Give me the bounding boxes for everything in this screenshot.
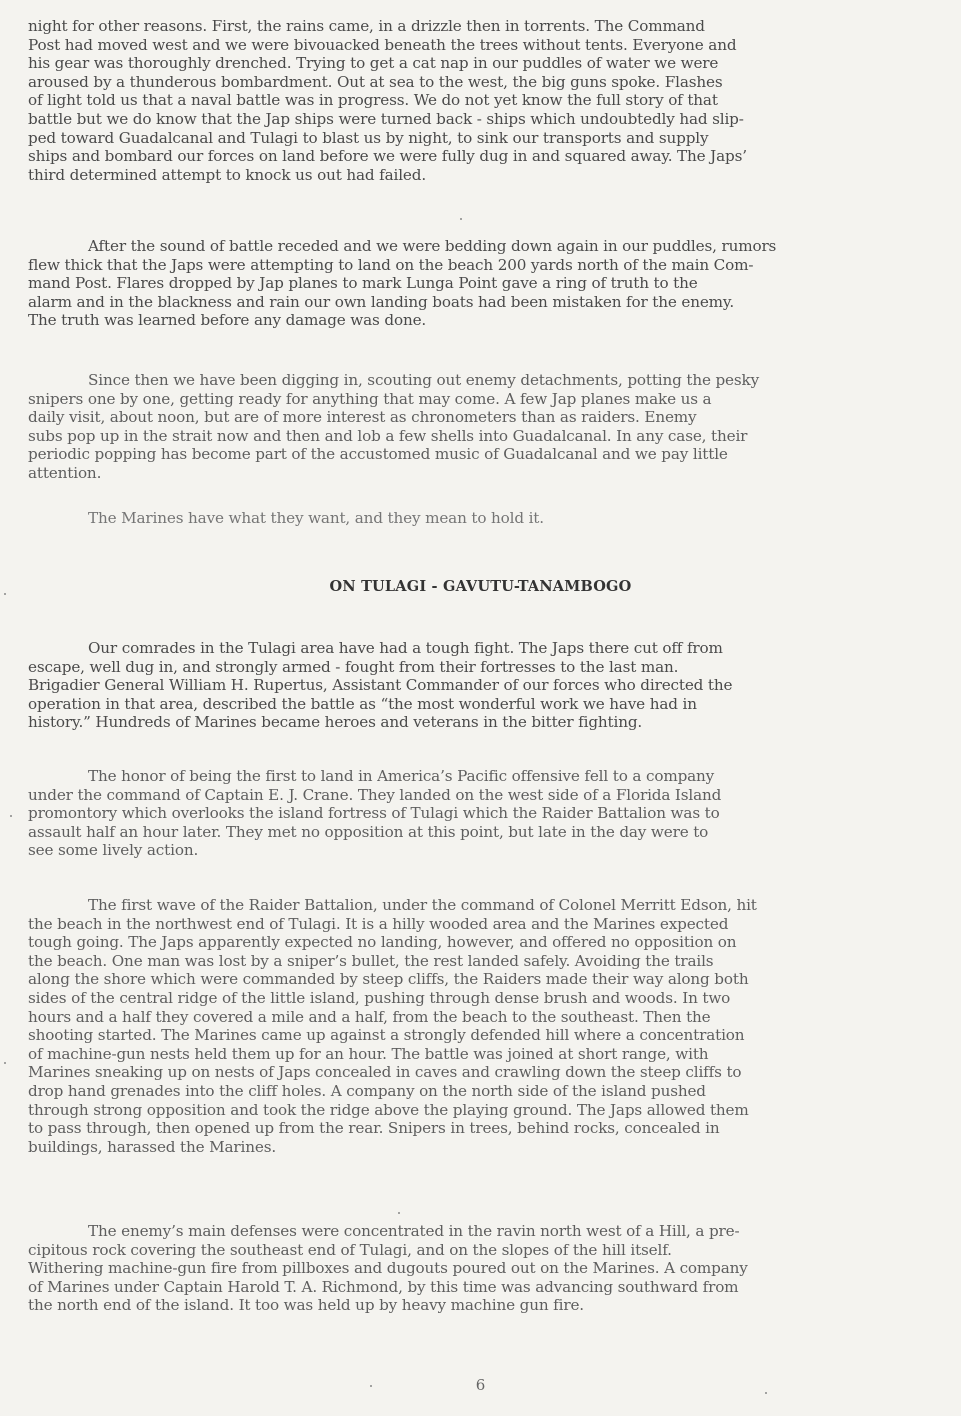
scan-speck <box>370 1385 372 1387</box>
paragraph-line: third determined attempt to knock us out… <box>28 166 426 184</box>
paragraph-line: night for other reasons. First, the rain… <box>28 17 705 35</box>
paragraph-line: ped toward Guadalcanal and Tulagi to bla… <box>28 129 708 147</box>
scan-speck <box>4 1062 6 1064</box>
paragraph-line: his gear was thoroughly drenched. Trying… <box>28 54 718 72</box>
scan-speck <box>4 593 6 595</box>
paragraph-line: The truth was learned before any damage … <box>28 311 426 329</box>
paragraph-line: flew thick that the Japs were attempting… <box>28 256 753 274</box>
paragraph-line: operation in that area, described the ba… <box>28 695 697 713</box>
scan-speck <box>398 1212 400 1214</box>
paragraph-line: of machine-gun nests held them up for an… <box>28 1045 708 1063</box>
paragraph-line: alarm and in the blackness and rain our … <box>28 293 734 311</box>
section-heading: ON TULAGI - GAVUTU-TANAMBOGO <box>28 578 933 595</box>
paragraph-line: buildings, harassed the Marines. <box>28 1138 276 1156</box>
page-number: 6 <box>28 1376 933 1394</box>
paragraph-line: subs pop up in the strait now and then a… <box>28 427 747 445</box>
paragraph-line: Brigadier General William H. Rupertus, A… <box>28 676 732 694</box>
paragraph-line: sides of the central ridge of the little… <box>28 989 730 1007</box>
paragraph-line: The first wave of the Raider Battalion, … <box>88 896 757 914</box>
paragraph-line: tough going. The Japs apparently expecte… <box>28 933 736 951</box>
paragraph-line: Post had moved west and we were bivouack… <box>28 36 736 54</box>
paragraph-line: Our comrades in the Tulagi area have had… <box>88 639 723 657</box>
paragraph-line: the beach. One man was lost by a sniper’… <box>28 952 713 970</box>
paragraph-line: Since then we have been digging in, scou… <box>88 371 759 389</box>
paragraph-line: history.” Hundreds of Marines became her… <box>28 713 642 731</box>
paragraph-line: of Marines under Captain Harold T. A. Ri… <box>28 1278 738 1296</box>
paragraph-line: hours and a half they covered a mile and… <box>28 1008 711 1026</box>
paragraph-line: After the sound of battle receded and we… <box>88 237 776 255</box>
paragraph-line: the beach in the northwest end of Tulagi… <box>28 915 728 933</box>
paragraph-line: aroused by a thunderous bombardment. Out… <box>28 73 722 91</box>
paragraph-line: through strong opposition and took the r… <box>28 1101 749 1119</box>
paragraph-line: periodic popping has become part of the … <box>28 445 728 463</box>
paragraph-line: assault half an hour later. They met no … <box>28 823 708 841</box>
paragraph-line: The enemy’s main defenses were concentra… <box>88 1222 740 1240</box>
paragraph-line: promontory which overlooks the island fo… <box>28 804 720 822</box>
paragraph-line: cipitous rock covering the southeast end… <box>28 1241 672 1259</box>
paragraph-line: see some lively action. <box>28 841 198 859</box>
paragraph-line: the north end of the island. It too was … <box>28 1296 584 1314</box>
paragraph-line: battle but we do know that the Jap ships… <box>28 110 744 128</box>
paragraph-line: mand Post. Flares dropped by Jap planes … <box>28 274 698 292</box>
paragraph-line: The Marines have what they want, and the… <box>88 509 544 527</box>
paragraph-line: drop hand grenades into the cliff holes.… <box>28 1082 706 1100</box>
paragraph-line: ships and bombard our forces on land bef… <box>28 147 747 165</box>
scan-speck <box>765 1392 767 1394</box>
paragraph-line: snipers one by one, getting ready for an… <box>28 390 711 408</box>
paragraph-line: The honor of being the first to land in … <box>88 767 714 785</box>
paragraph-line: of light told us that a naval battle was… <box>28 91 718 109</box>
paragraph-line: Marines sneaking up on nests of Japs con… <box>28 1063 741 1081</box>
paragraph-line: shooting started. The Marines came up ag… <box>28 1026 744 1044</box>
paragraph-line: under the command of Captain E. J. Crane… <box>28 786 721 804</box>
paragraph-line: attention. <box>28 464 101 482</box>
scan-speck <box>460 218 462 220</box>
paragraph-line: along the shore which were commanded by … <box>28 970 748 988</box>
paragraph-line: escape, well dug in, and strongly armed … <box>28 658 678 676</box>
paragraph-line: Withering machine-gun fire from pillboxe… <box>28 1259 748 1277</box>
paragraph-line: daily visit, about noon, but are of more… <box>28 408 696 426</box>
paragraph-line: to pass through, then opened up from the… <box>28 1119 719 1137</box>
scan-speck <box>10 815 12 817</box>
